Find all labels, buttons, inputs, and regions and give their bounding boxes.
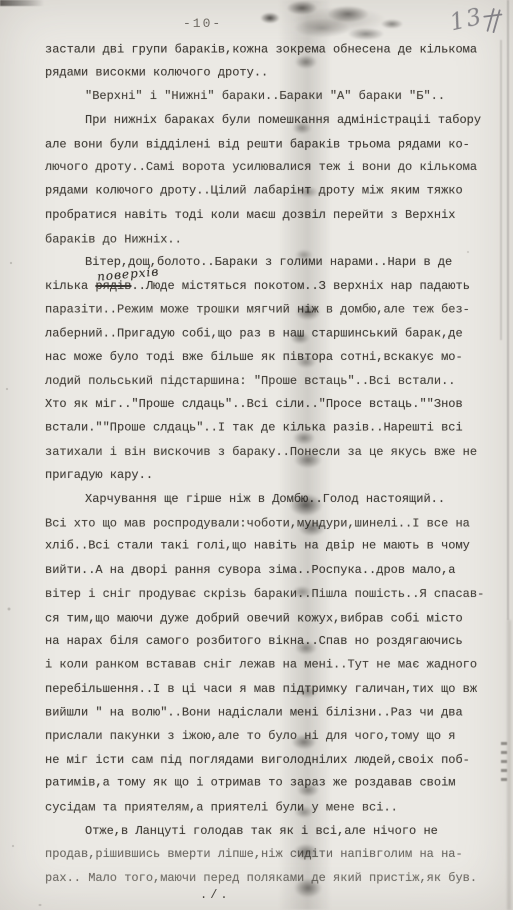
text-line: затихали і він вискочив з бараку..Понесл…: [45, 441, 497, 465]
text-line: не міг істи сам під поглядами виголодніл…: [45, 749, 497, 773]
text-line: пробратися навіть тоді коли маєш дозвіл …: [45, 204, 497, 228]
text-line: на нарах біля самого розбитого вікна..Сп…: [45, 630, 497, 654]
scan-streak: [500, 40, 502, 340]
text-body: застали дві групи бараків,кожна зокрема …: [45, 38, 497, 891]
text-line: При нижніх бараках були помешкання адмін…: [45, 109, 497, 133]
ink-smudge-band: [278, 0, 332, 910]
page-number: -10-: [183, 16, 222, 31]
scan-edge-mark: [0, 0, 44, 6]
text-line: встали.""Проше слдаць"..І так де кілька …: [45, 417, 497, 441]
text-line: вітер і сніг продуває скрізь бараки..Піш…: [45, 583, 497, 607]
text-line: ратимів,а тому як що і отримав то зараз …: [45, 772, 497, 796]
text-line: продав,рішившись вмерти ліпше,ніж сидіти…: [45, 843, 497, 867]
text-line: сусідам та приятелям,а приятелі були у м…: [45, 796, 497, 820]
text-line: хліб..Всі стали такі голі,що навіть на д…: [45, 535, 497, 559]
text-segment: кілька: [45, 279, 95, 293]
text-line: Всі хто що мав роспродували:чоботи,мунду…: [45, 512, 497, 536]
struck-word: рядівповерхів: [95, 279, 131, 293]
text-line: ся тим,що маючи дуже добрий овечий кожух…: [45, 607, 497, 631]
text-line: вийти..А на дворі рання сувора зіма..Рос…: [45, 559, 497, 583]
scan-streak: [507, 620, 511, 910]
edge-tick-marks: [501, 742, 507, 782]
scanned-page: -10- 13 застали дві групи бараків,кожна …: [0, 0, 513, 910]
text-line: рядами високми колючого дроту..: [45, 61, 497, 85]
text-line: рядами колючого дроту..Цілий лабарінт др…: [45, 180, 497, 204]
text-line: кілька рядівповерхів..Люде містяться пок…: [45, 275, 497, 299]
text-line: вийшли " на волю"..Вони надіслали мені б…: [45, 702, 497, 726]
text-line: пригадую кару..: [45, 464, 497, 488]
text-line: Харчування ще гірше ніж в Домбю..Голод н…: [45, 488, 497, 512]
text-line: нас може було тоді вже більше як півтора…: [45, 346, 497, 370]
text-line: паразіти..Режим може трошки мягчий ніж в…: [45, 298, 497, 322]
continuation-mark: ./.: [200, 888, 231, 902]
text-line: Отже,в Ланцуті голодав так як і всі,але …: [45, 820, 497, 844]
ink-blotch-top: [240, 0, 445, 52]
text-line: лючого дроту..Самі ворота усилювалися те…: [45, 156, 497, 180]
text-line: бараків до Нижніх..: [45, 228, 497, 252]
text-line: Хто як міг.."Проше слдаць"..Всі сіли.."П…: [45, 393, 497, 417]
text-line: лаберний..Пригадую собі,що раз в наш ста…: [45, 323, 497, 347]
text-line: прислали пакунки з іжою,але то було ні д…: [45, 725, 497, 749]
handwritten-tally-icon: [479, 3, 505, 41]
text-line: лодий польський підстаршина: "Проше вста…: [45, 370, 497, 394]
text-line: перебільшення..І в ці часи я мав підтрим…: [45, 678, 497, 702]
text-line: рах.. Мало того,маючи перед поляками де …: [45, 867, 497, 891]
scan-streak: [507, 0, 509, 620]
text-line: "Верхні" і "Нижні" бараки..Бараки "А" ба…: [45, 85, 497, 109]
text-line: і коли ранком вставав сніг лежав на мені…: [45, 654, 497, 678]
text-line: але вони були відділені від решти баракі…: [45, 133, 497, 157]
